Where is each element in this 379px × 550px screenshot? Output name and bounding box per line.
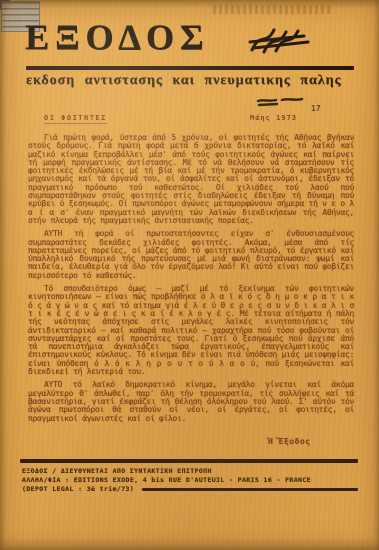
issue-date: Μάης 1973 xyxy=(250,114,297,122)
body-paragraph: Τό σπουδαιότερο όμως — μαζί μέ τό ξεκίνη… xyxy=(28,285,354,376)
body-text-column: Γιά πρώτη φορά, ύστερα άπό 5 χρόνια, οί … xyxy=(28,134,354,428)
section-heading: ΟΙ ΦΟΙΤΗΤΕΣ xyxy=(44,114,107,124)
footer-publisher-line: ΕΞΟΔΟΣ / ΔΙΕΥΘΥΝΕΤΑΙ ΑΠΟ ΣΥΝΤΑΚΤΙΚΗ ΕΠΙΤ… xyxy=(22,467,358,475)
footer-address-line: ΑΛΛΗΛ/ΦΙΑ : EDITIONS EXODE, 4 bis RUE D'… xyxy=(22,476,358,484)
body-paragraph: ΑΥΤΟ τό λαϊκό δημοκρατικό κίνημα, μεγάλο… xyxy=(28,381,354,422)
masthead-title: ΕΞΟΔΟΣ xyxy=(25,16,209,58)
faint-stamp-mark xyxy=(213,5,333,14)
footer-legal-line: (DEPOT LEGAL : 3è trim/73) xyxy=(22,485,134,493)
issue-number: 17 xyxy=(311,104,321,113)
footer-legal-rule xyxy=(142,488,358,491)
body-paragraph: Γιά πρώτη φορά, ύστερα άπό 5 χρόνια, οί … xyxy=(28,134,354,225)
ink-scribble-mark xyxy=(246,24,312,56)
masthead-subtitle: εκδοση αντιστασης και πνευματικης παλης xyxy=(26,73,356,89)
footer-rule xyxy=(20,459,358,463)
masthead-rule xyxy=(26,66,354,70)
scanned-page: ΕΞΟΔΟΣ εκδοση αντιστασης και πνευματικης… xyxy=(0,0,379,550)
body-paragraph: ΑΥΤΗ τή φορά οί πρωτοστατήσαντες είχαν σ… xyxy=(28,230,354,280)
footer-legal-row: (DEPOT LEGAL : 3è trim/73) xyxy=(22,485,358,493)
signature: Ἡ Ἔξοδος xyxy=(268,437,311,446)
handwritten-annotation xyxy=(256,97,304,107)
